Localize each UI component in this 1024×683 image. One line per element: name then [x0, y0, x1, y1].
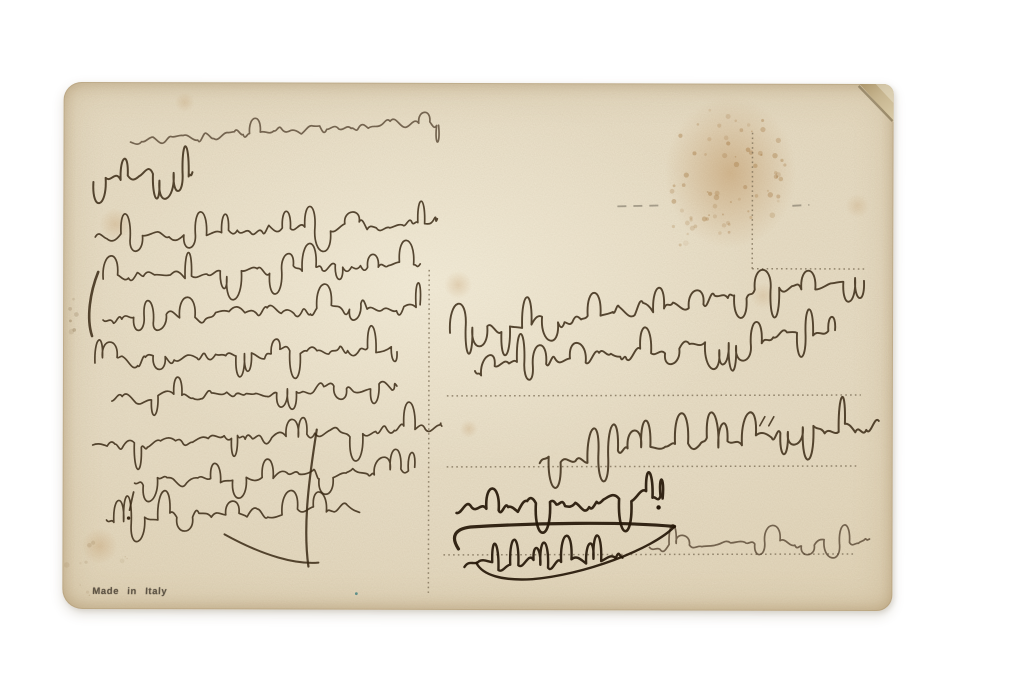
stain-speckle [74, 312, 79, 317]
stain-speckle [724, 136, 729, 141]
stain-speckle [697, 123, 700, 126]
stain-speckle [779, 177, 784, 182]
stain-speckle [734, 162, 739, 167]
stain-speckle [685, 221, 690, 226]
stain-speckle [776, 138, 781, 143]
postcard: Made in Italy [62, 82, 893, 611]
stain-speckle [734, 119, 737, 122]
stain-speckle [704, 153, 707, 156]
stain-speckle [673, 184, 676, 187]
stain-speckle [694, 224, 698, 228]
stain-speckle [64, 562, 70, 568]
stain-speckle [708, 214, 710, 216]
stain-speckle [747, 123, 750, 126]
stain-speckle [702, 216, 707, 221]
stain-speckle [683, 240, 689, 246]
stain-speckle [743, 185, 747, 189]
stain-speckle [772, 153, 777, 158]
stain-speckle [735, 156, 737, 158]
stain-speckle [728, 223, 731, 226]
stain-speckle [767, 190, 769, 192]
stain-speckle [693, 151, 697, 155]
stain-speckle [726, 114, 731, 119]
stain-speckle [755, 194, 759, 198]
stain-speckle [776, 172, 781, 177]
stain-speckle [780, 159, 783, 162]
stain-speckle [684, 172, 689, 177]
stain-speckle [717, 124, 721, 128]
stain-speckle [678, 134, 682, 138]
stain-speckle [679, 244, 682, 247]
stain-speckle [708, 109, 711, 112]
stain-speckle [718, 231, 722, 235]
stain-speckle [126, 558, 127, 559]
stain-speckle [761, 119, 764, 122]
stain-speckle [760, 127, 765, 132]
stain-speckle [79, 584, 81, 586]
stain-speckle [783, 163, 786, 166]
stain-speckle [84, 561, 87, 564]
stain-speckle [686, 233, 688, 235]
stain-speckle [680, 209, 684, 213]
stain-speckle [713, 214, 717, 218]
stain-speckle [91, 541, 95, 545]
stain-speckle [120, 558, 125, 563]
stain-speckle [728, 231, 731, 234]
stamp-residue-stain [664, 96, 796, 248]
stain-speckle [79, 562, 81, 564]
stain-speckle [86, 591, 89, 594]
stain-speckle [776, 194, 780, 198]
blue-fleck [355, 592, 358, 595]
stain-speckle [689, 216, 692, 219]
stain-speckle [768, 192, 773, 197]
stain-speckle [72, 298, 75, 301]
stain-speckle [730, 201, 732, 203]
stain-speckle [69, 320, 72, 323]
stain-speckle [751, 131, 753, 133]
stain-speckle [670, 189, 675, 194]
stain-speckle [672, 225, 675, 228]
paper-highlight [93, 92, 754, 474]
stain-speckle [69, 329, 74, 334]
stain-speckle [777, 200, 780, 203]
stain-speckle [738, 198, 741, 201]
stain-speckle [722, 223, 726, 227]
stain-speckle [671, 199, 676, 204]
stain-speckle [707, 191, 709, 193]
stain-speckle [713, 204, 718, 209]
stain-speckle [753, 164, 757, 168]
stain-speckle [707, 137, 711, 141]
stain-speckle [726, 141, 730, 145]
made-in-italy-label: Made in Italy [92, 586, 212, 597]
exclamation-dot [127, 516, 130, 519]
stain-speckle [770, 212, 776, 218]
stain-speckle [715, 191, 720, 196]
signature-period-dot [656, 505, 660, 509]
postcard-photo: Made in Italy [0, 0, 1024, 683]
stain-speckle [68, 307, 72, 311]
stain-speckle [722, 214, 724, 216]
postcard-surface [62, 82, 893, 611]
stain-speckle [722, 153, 727, 158]
stain-speckle [760, 154, 762, 156]
stain-speckle [747, 210, 749, 212]
stain-speckle [125, 556, 126, 557]
stain-speckle [87, 543, 92, 548]
stain-speckle [749, 216, 752, 219]
stain-speckle [682, 183, 686, 187]
stain-speckle [89, 595, 90, 596]
stain-speckle [739, 128, 743, 132]
